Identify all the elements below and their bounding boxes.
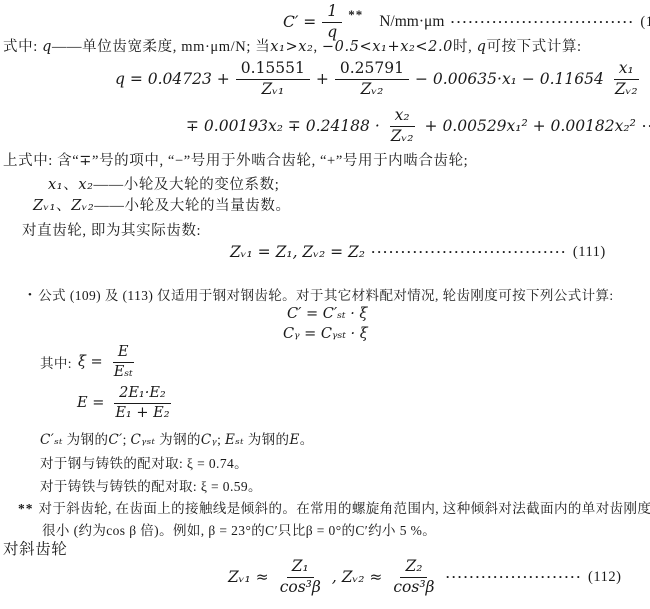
eq109-frac-numerator: 1	[322, 3, 342, 23]
e-eq-lhs: E =	[77, 395, 104, 411]
footnote-1-text: 公式 (109) 及 (113) 仅适用于钢对钢齿轮。对于其它材料配对情况, 轮…	[38, 288, 613, 303]
intro-text-2: ——单位齿宽柔度, mm·μm/N; 当	[52, 39, 270, 55]
eq110-term-2: + 0.00529x₁² + 0.00182x₂²	[425, 117, 636, 135]
eqq-frac3-denominator: Zᵥ₂	[610, 80, 643, 99]
eqq-fraction-2: 0.25791Zᵥ₂	[335, 60, 409, 99]
definition-x-coefficients: x₁、x₂——小轮及大轮的变位系数;	[48, 175, 279, 196]
double-asterisk-footnote-mark: **	[348, 7, 363, 23]
material-equation-a: C′ = C′ₛₜ · ξ	[287, 306, 367, 322]
xi-frac-denominator: Eₛₜ	[109, 363, 138, 381]
intro-text-4: 时,	[453, 39, 477, 55]
equation-110: ∓ 0.00193x₂ ∓ 0.24188 · x₂Zᵥ₂ + 0.00529x…	[186, 107, 650, 146]
eqq-frac1-denominator: Zᵥ₁	[256, 80, 289, 99]
var-e: E	[289, 432, 299, 448]
eq112-number: (112)	[588, 569, 621, 586]
steel-cast-iron-pairing: 对于钢与铸铁的配对取: ξ = 0.74。	[40, 452, 248, 472]
var-cst: C′ₛₜ	[40, 432, 63, 448]
steel-def-t5: 为钢的	[244, 432, 289, 447]
eq110-fraction: x₂Zᵥ₂	[386, 107, 419, 146]
eqq-plus: +	[316, 70, 329, 88]
xi-fraction: EEₛₜ	[109, 344, 138, 380]
cast-iron-pairing: 对于铸铁与铸铁的配对取: ξ = 0.59。	[40, 475, 262, 495]
eq112-lhs-1: Zᵥ₁ ≈	[228, 568, 269, 586]
def-z-separator: 、	[56, 198, 71, 214]
eq112-frac2-numerator: Z₂	[400, 558, 427, 578]
formula-intro-paragraph: 式中: q——单位齿宽柔度, mm·μm/N; 当x₁>x₂, −0.5<x₁+…	[3, 37, 582, 58]
helical-gear-lead: 对斜齿轮	[3, 539, 67, 561]
eqq-frac2-denominator: Zᵥ₂	[356, 80, 389, 99]
dotted-leader: ·······························	[450, 14, 634, 30]
sign-usage-note: 上式中: 含“∓”号的项中, “−”号用于外啮合齿轮, “+”号用于内啮合齿轮;	[3, 151, 468, 172]
eqq-frac1-numerator: 0.15551	[236, 60, 310, 80]
double-asterisk-footnote-mark: **	[18, 501, 34, 516]
steel-def-t6: 。	[300, 432, 314, 447]
xi-frac-numerator: E	[113, 344, 134, 363]
intro-text-1: 式中:	[3, 39, 42, 55]
var-cprime: C′	[108, 432, 122, 448]
definition-virtual-teeth: Zᵥ₁、Zᵥ₂——小轮及大轮的当量齿数。	[33, 196, 291, 217]
eq111-number: (111)	[573, 244, 606, 261]
var-q: q	[42, 39, 52, 55]
spur-gear-note: 对直齿轮, 即为其实际齿数:	[22, 221, 201, 242]
equation-112: Zᵥ₁ ≈ Z₁cos³β , Zᵥ₂ ≈ Z₂cos³β ··········…	[228, 558, 621, 597]
equation-111: Zᵥ₁ = Z₁, Zᵥ₂ = Z₂ ·····················…	[230, 243, 606, 261]
footnote-2-text-2: 很小 (约为cos β 倍)。例如, β = 23°的C′只比β = 0°的C′…	[42, 523, 436, 538]
dotted-leader: ·······················	[446, 569, 583, 585]
steel-values-definition: C′ₛₜ 为钢的C′; Cᵧₛₜ 为钢的Cᵧ; Eₛₜ 为钢的E。	[40, 428, 314, 448]
eq112-frac2-denominator: cos³β	[388, 578, 439, 597]
eq110-frac-numerator: x₂	[390, 107, 415, 127]
e-frac-numerator: 2E₁·E₂	[114, 385, 171, 404]
xi-equation: 其中: ξ = EEₛₜ	[40, 344, 138, 380]
bullet-icon: •	[28, 289, 32, 301]
material-equation-b: Cᵧ = Cᵧₛₜ · ξ	[283, 326, 368, 342]
def-z-text: ——小轮及大轮的当量齿数。	[94, 198, 290, 214]
equation-q-line1: q = 0.04723 + 0.15551Zᵥ₁ + 0.25791Zᵥ₂ − …	[115, 60, 643, 99]
steel-def-t2: ;	[123, 432, 131, 447]
scanned-document-page: C′ = 1q ** N/mm·μm ·····················…	[0, 0, 650, 609]
footnote-2-line-2: 很小 (约为cos β 倍)。例如, β = 23°的C′只比β = 0°的C′…	[42, 519, 436, 539]
eq109-fraction: 1q	[322, 3, 342, 42]
steel-def-t4: ;	[217, 432, 225, 447]
var-x2: x₂	[78, 177, 93, 193]
var-zv1: Zᵥ₁	[33, 198, 56, 214]
dotted-leader: ·································	[371, 244, 567, 260]
eqq-term-2: − 0.00635·x₁ − 0.11654	[415, 70, 604, 88]
eqq-term-1: q = 0.04723 +	[115, 70, 230, 88]
material-eq-a-body: C′ = C′ₛₜ · ξ	[287, 306, 367, 322]
where-label: 其中:	[40, 352, 72, 372]
eqq-fraction-1: 0.15551Zᵥ₁	[236, 60, 310, 99]
helical-lead-text: 对斜齿轮	[3, 541, 67, 558]
footnote-2-line-1: **对于斜齿轮, 在齿面上的接触线是倾斜的。在常用的螺旋角范围内, 这种倾斜对法…	[18, 497, 650, 517]
e-frac-denominator: E₁ + E₂	[110, 404, 174, 422]
spur-note-text: 对直齿轮, 即为其实际齿数:	[22, 223, 201, 239]
def-x-separator: 、	[63, 177, 78, 193]
var-cgamma: Cᵧ	[201, 432, 217, 448]
eq112-fraction-1: Z₁cos³β	[275, 558, 326, 597]
eq110-term-1: ∓ 0.00193x₂ ∓ 0.24188 ·	[186, 117, 380, 135]
pairing-1-text: 对于钢与铸铁的配对取: ξ = 0.74。	[40, 456, 248, 471]
steel-def-t1: 为钢的	[63, 432, 108, 447]
sign-note-text: 上式中: 含“∓”号的项中, “−”号用于外啮合齿轮, “+”号用于内啮合齿轮;	[3, 153, 468, 169]
var-x1: x₁	[48, 177, 63, 193]
eqq-fraction-3: x₁Zᵥ₂	[610, 60, 643, 99]
eq111-body: Zᵥ₁ = Z₁, Zᵥ₂ = Z₂	[230, 243, 365, 261]
eqq-frac2-numerator: 0.25791	[335, 60, 409, 80]
eq112-frac1-numerator: Z₁	[287, 558, 314, 578]
eq112-fraction-2: Z₂cos³β	[388, 558, 439, 597]
footnote-2-text-1: 对于斜齿轮, 在齿面上的接触线是倾斜的。在常用的螺旋角范围内, 这种倾斜对法截面…	[39, 501, 650, 516]
equation-109: C′ = 1q ** N/mm·μm ·····················…	[283, 3, 650, 42]
eq112-frac1-denominator: cos³β	[275, 578, 326, 597]
condition-x1-plus-x2: −0.5<x₁+x₂<2.0	[322, 39, 453, 55]
intro-text-3: ,	[313, 39, 321, 55]
footnote-1: •公式 (109) 及 (113) 仅适用于钢对钢齿轮。对于其它材料配对情况, …	[28, 284, 614, 304]
steel-def-t3: 为钢的	[155, 432, 200, 447]
eq109-lhs: C′ =	[283, 13, 316, 31]
e-modulus-equation: E = 2E₁·E₂E₁ + E₂	[77, 385, 175, 421]
e-fraction: 2E₁·E₂E₁ + E₂	[110, 385, 174, 421]
def-x-text: ——小轮及大轮的变位系数;	[94, 177, 280, 193]
eq110-frac-denominator: Zᵥ₂	[386, 127, 419, 146]
eq109-number: (109)	[640, 14, 650, 31]
var-est: Eₛₜ	[225, 432, 244, 448]
xi-lhs: ξ =	[78, 354, 103, 370]
eq112-lhs-2: , Zᵥ₂ ≈	[332, 568, 383, 586]
intro-text-5: 可按下式计算:	[486, 39, 581, 55]
var-zv2: Zᵥ₂	[71, 198, 94, 214]
pairing-2-text: 对于铸铁与铸铁的配对取: ξ = 0.59。	[40, 479, 262, 494]
eqq-frac3-numerator: x₁	[614, 60, 639, 80]
material-eq-b-body: Cᵧ = Cᵧₛₜ · ξ	[283, 326, 368, 342]
var-cgammast: Cᵧₛₜ	[131, 432, 156, 448]
condition-x1-gt-x2: x₁>x₂	[270, 39, 313, 55]
dotted-leader: ·············	[642, 118, 650, 134]
eq109-unit: N/mm·μm	[379, 13, 444, 31]
var-q-2: q	[477, 39, 487, 55]
